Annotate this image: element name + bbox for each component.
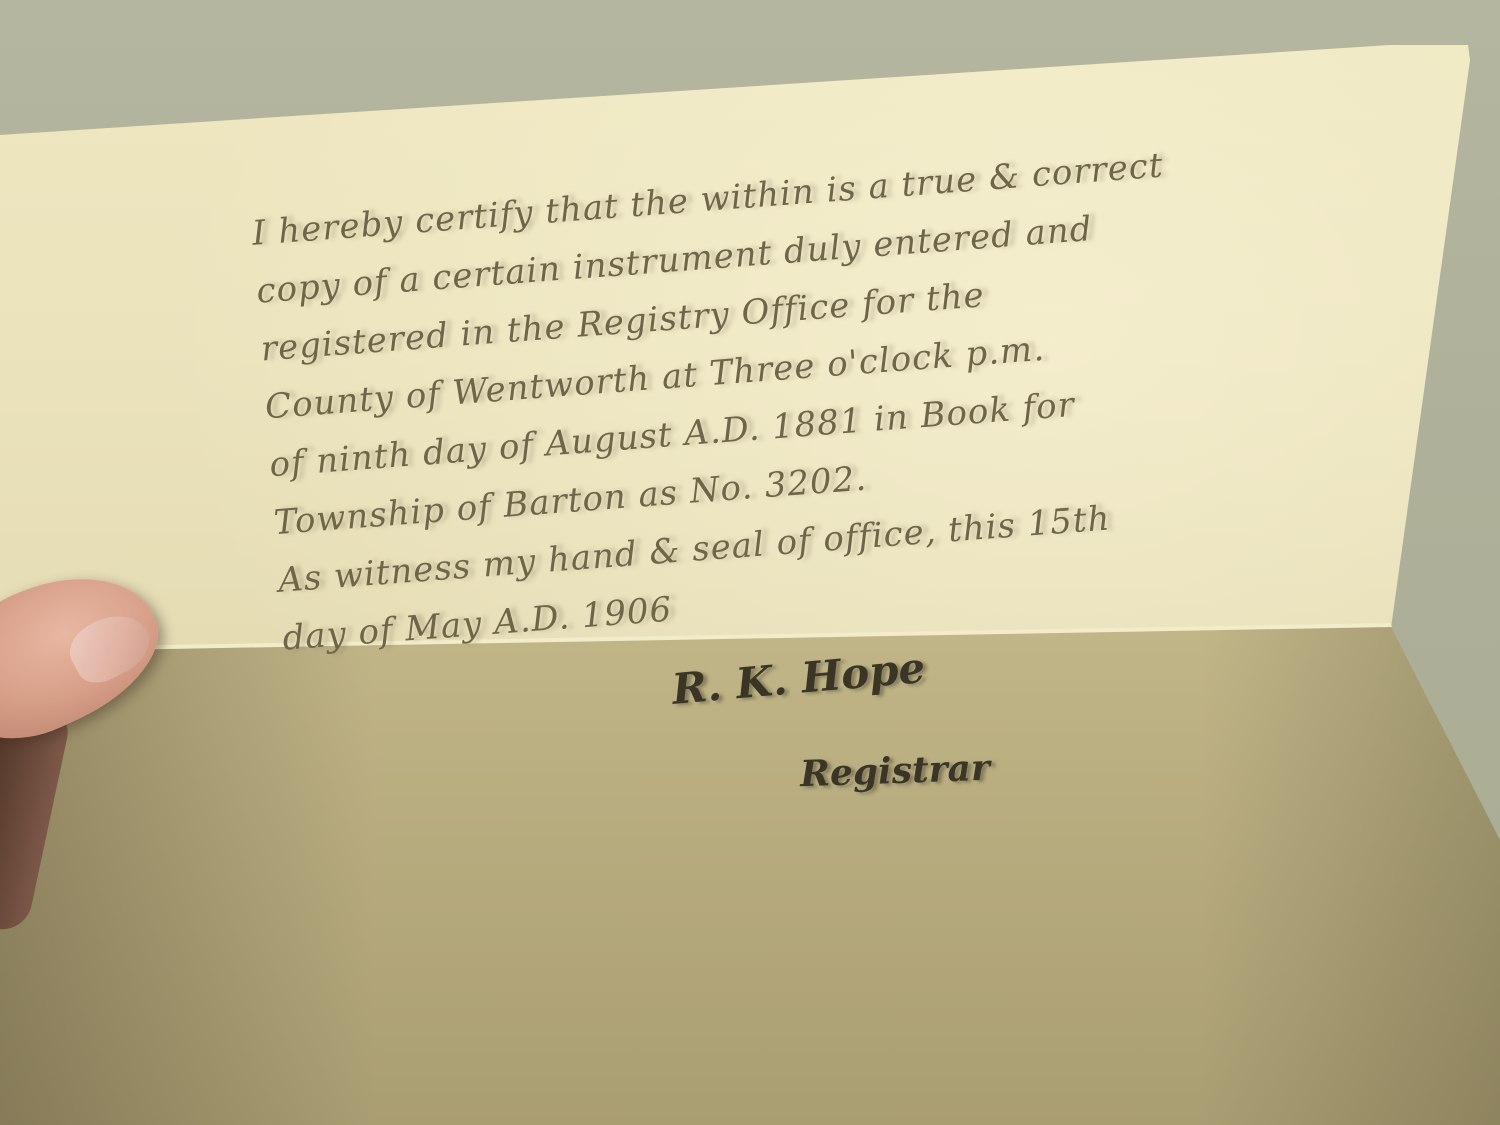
registrar-title: Registrar [799,747,990,796]
certificate-text: I hereby certify that the within is a tr… [250,123,1372,667]
bleed-through-text [243,794,1256,1125]
